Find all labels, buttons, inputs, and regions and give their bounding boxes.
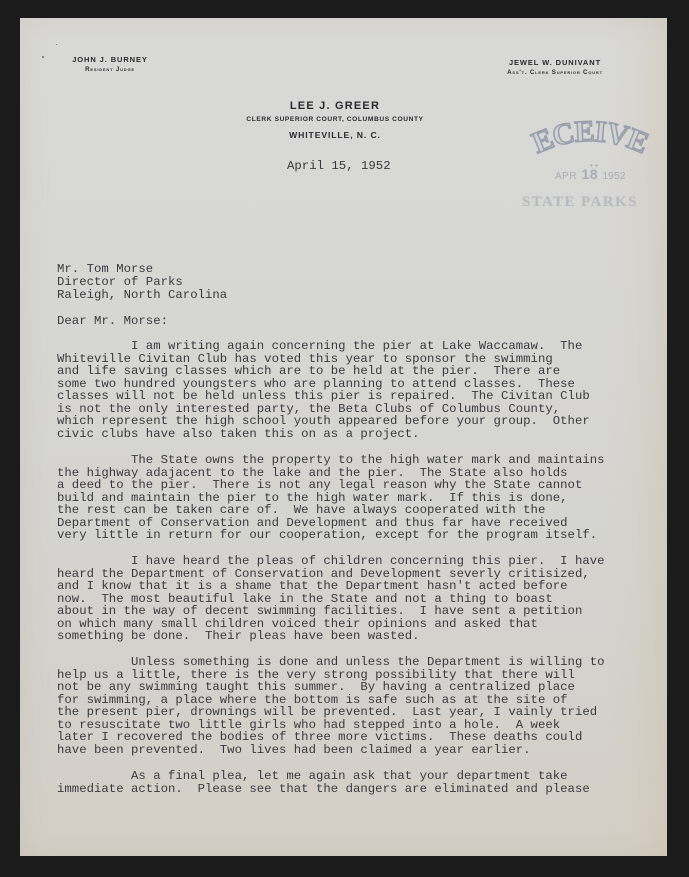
- body-line: classes will not be held unless this pie…: [57, 390, 590, 403]
- recipient-address: Raleigh, North Carolina: [57, 289, 227, 302]
- body-line: very little in return for our cooperatio…: [57, 529, 597, 542]
- body-line: immediate action. Please see that the da…: [57, 783, 590, 796]
- recipient-title: Director of Parks: [57, 276, 183, 289]
- svg-text:RECEIVED: RECEIVED: [525, 118, 652, 160]
- recipient-name: Mr. Tom Morse: [57, 263, 153, 276]
- stamp-day: 18: [582, 166, 599, 182]
- body-line: I am writing again concerning the pier a…: [57, 340, 582, 353]
- letterhead-left-title: Resident Judge: [60, 66, 160, 73]
- letterhead-right-title: Ass't. Clerk Superior Court: [490, 69, 620, 76]
- paper-speck: [42, 56, 44, 58]
- salutation: Dear Mr. Morse:: [57, 315, 168, 328]
- body-line: not be any swimming taught this summer. …: [57, 681, 575, 694]
- body-line: have been prevented. Two lives had been …: [57, 744, 531, 757]
- body-line: the rest can be taken care of. We have a…: [57, 504, 545, 517]
- letterhead-main-name: LEE J. GREER: [235, 100, 435, 112]
- body-line: Unless something is done and unless the …: [57, 656, 605, 669]
- stamp-year: 1952: [603, 171, 626, 182]
- body-line: As a final plea, let me again ask that y…: [57, 770, 568, 783]
- letterhead-city: WHITEVILLE, N. C.: [235, 130, 435, 140]
- body-line: and life saving classes which are to be …: [57, 365, 560, 378]
- letter-date: April 15, 1952: [287, 160, 391, 173]
- body-line: the present pier, drownings will be prev…: [57, 706, 597, 719]
- body-line: The State owns the property to the high …: [57, 454, 605, 467]
- body-line: about in the way of decent swimming faci…: [57, 605, 582, 618]
- paper-speck: [56, 44, 57, 45]
- body-line: something be done. Their pleas have been…: [57, 630, 420, 643]
- body-line: I have heard the pleas of children conce…: [57, 555, 605, 568]
- letterhead-office: CLERK SUPERIOR COURT, COLUMBUS COUNTY: [225, 116, 445, 123]
- stamp-month: APR: [555, 171, 577, 182]
- stamp-date: APR 18 1952: [555, 166, 626, 184]
- letterhead-left-name: JOHN J. BURNEY: [60, 55, 160, 64]
- body-line: civic clubs have also taken this on as a…: [57, 428, 420, 441]
- body-line: and I know that it is a shame that the D…: [57, 580, 568, 593]
- scanned-document: JOHN J. BURNEY Resident Judge JEWEL W. D…: [0, 0, 689, 877]
- stamp-department: STATE PARKS: [522, 194, 638, 211]
- body-line: later I recovered the bodies of three mo…: [57, 731, 582, 744]
- received-stamp: RECEIVED • • APR 18 1952 STATE PARKS: [520, 118, 660, 213]
- body-line: a deed to the pier. There is not any leg…: [57, 479, 582, 492]
- letterhead-right-name: JEWEL W. DUNIVANT: [490, 58, 620, 67]
- body-line: which represent the high school youth ap…: [57, 415, 590, 428]
